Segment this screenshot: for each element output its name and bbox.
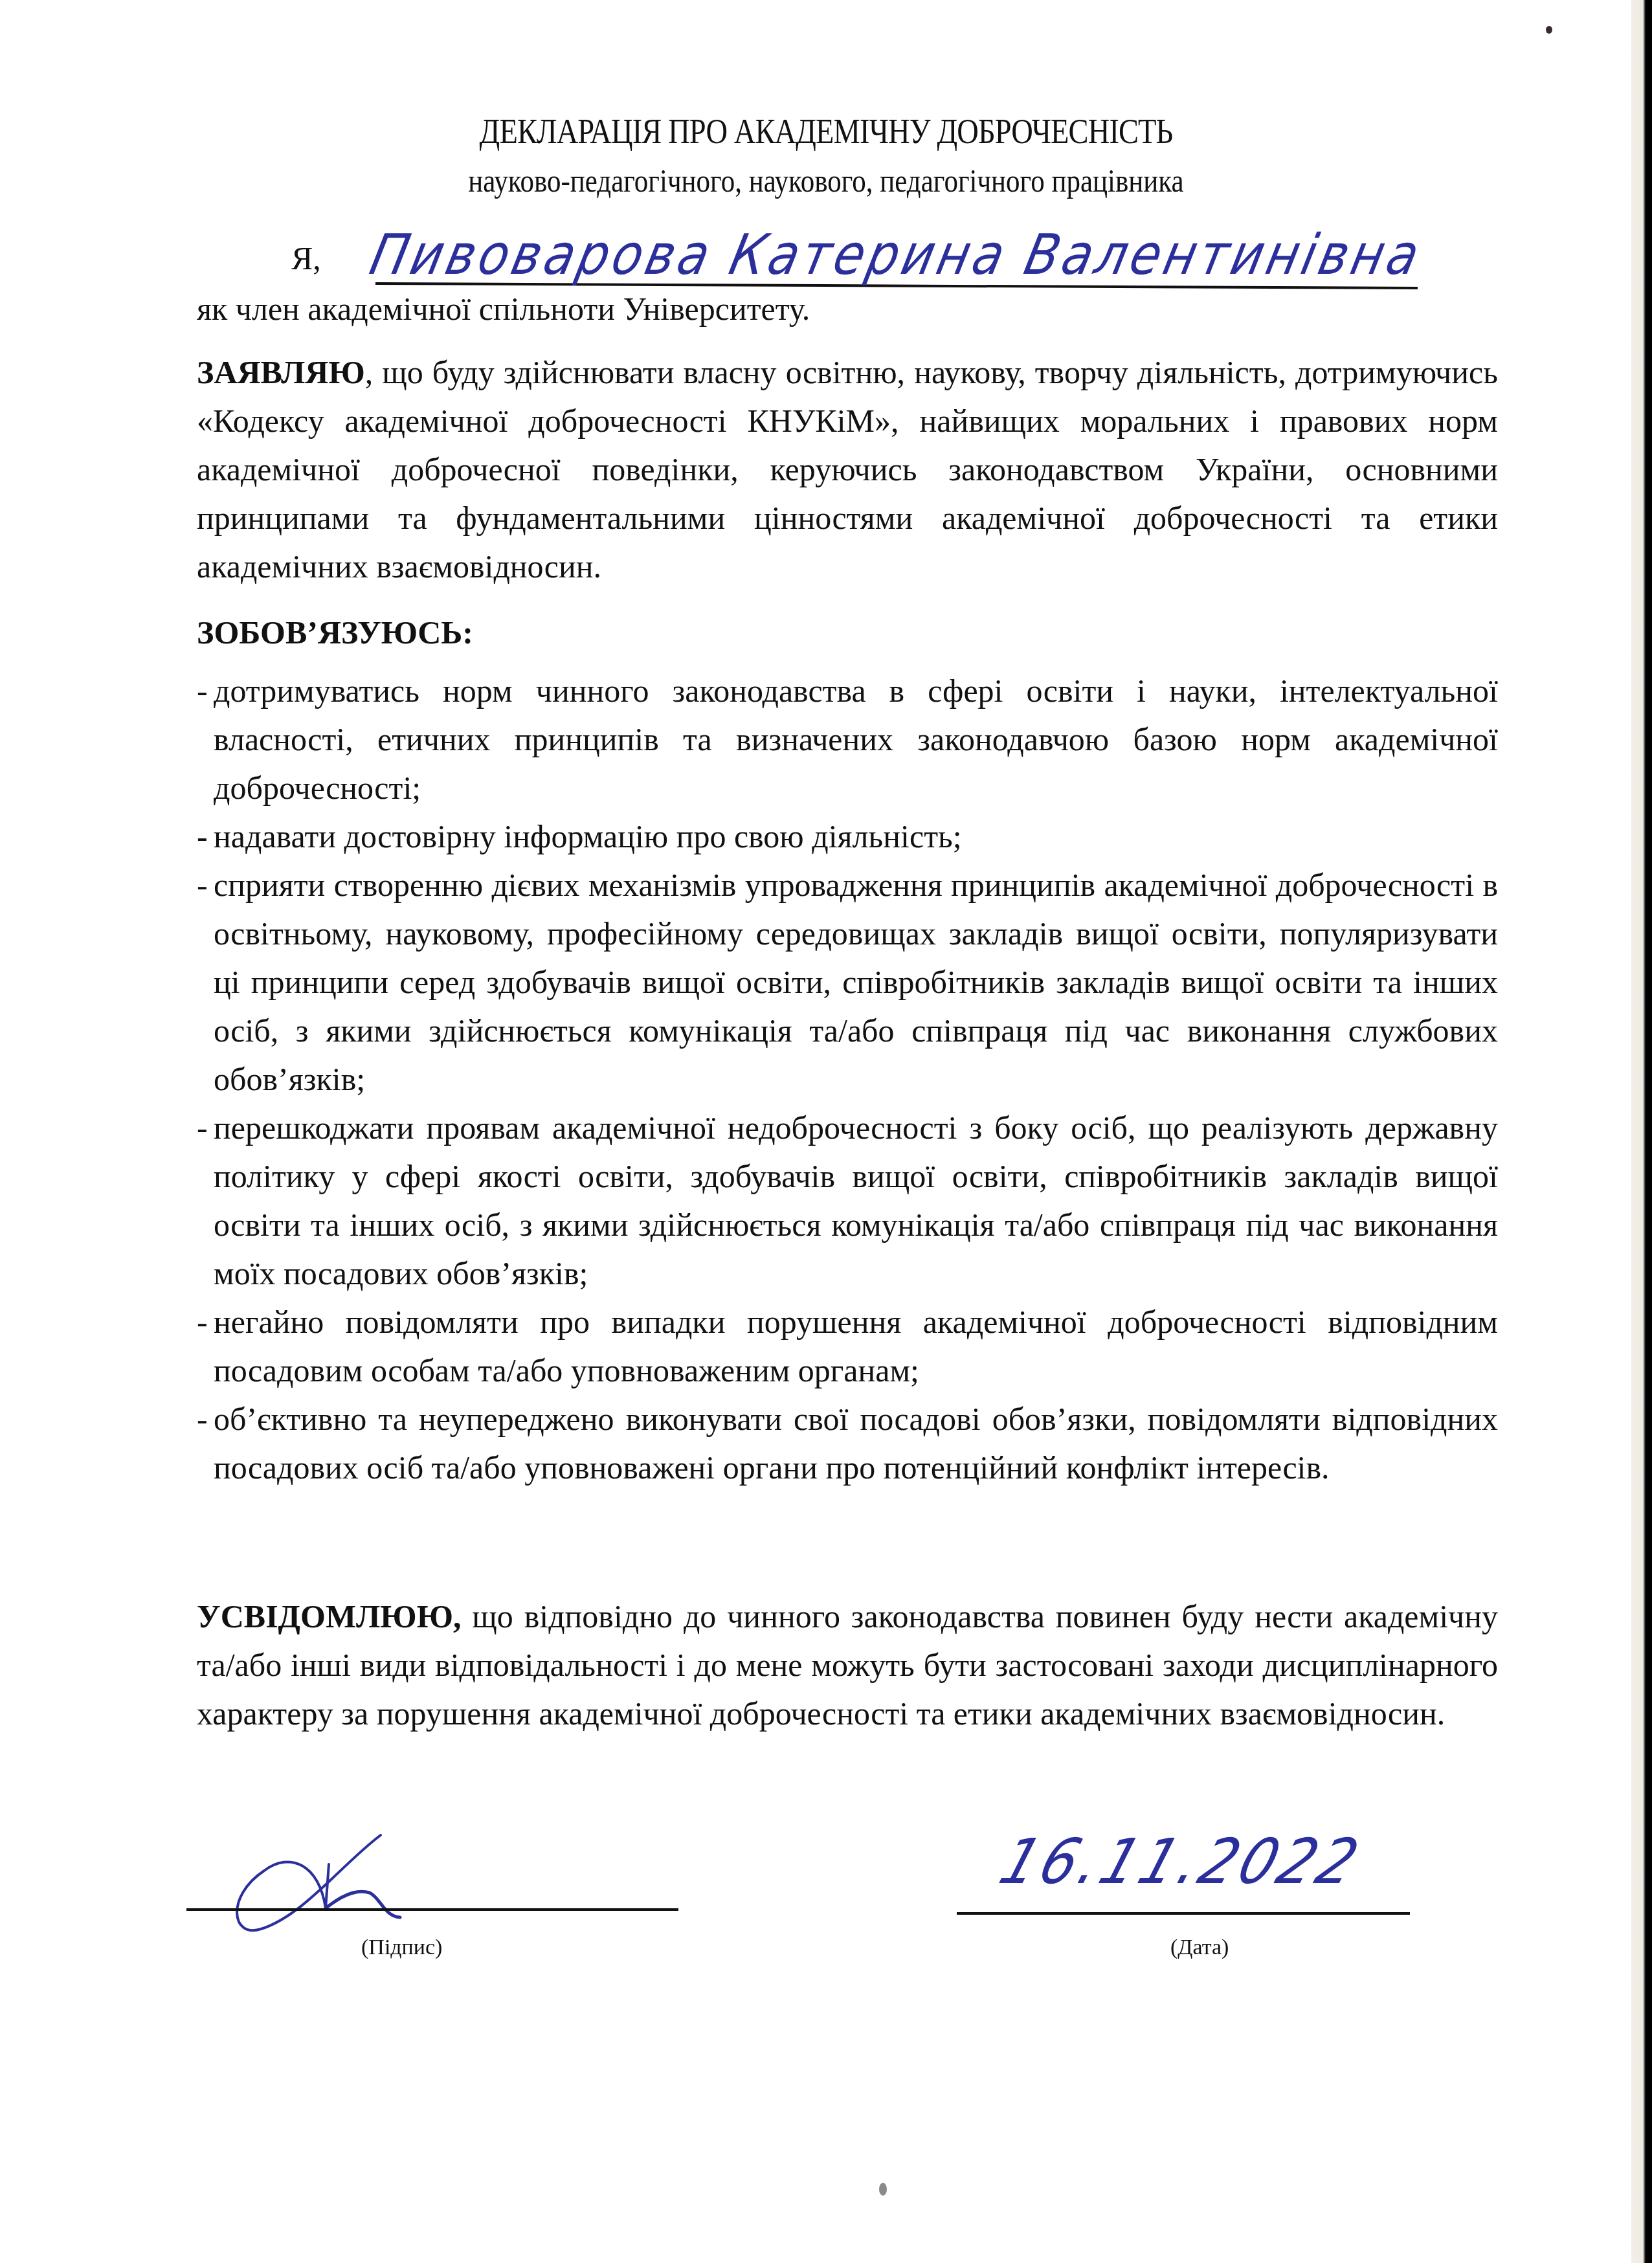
date-caption: (Дата) [1170, 1935, 1229, 1960]
scan-speck [1546, 26, 1552, 34]
bullet-dash: - [197, 667, 208, 715]
aware-keyword: УСВІДОМЛЮЮ, [197, 1598, 461, 1634]
scan-speck [879, 2183, 887, 2196]
declare-paragraph: ЗАЯВЛЯЮ, що буду здійснювати власну осві… [197, 348, 1498, 591]
declare-text: , що буду здійснювати власну освітню, на… [197, 354, 1498, 585]
commitment-text: сприяти створенню дієвих механізмів упро… [214, 867, 1498, 1097]
bullet-dash: - [197, 1298, 208, 1346]
commitment-text: перешкоджати проявам академічної недобро… [214, 1109, 1498, 1291]
scan-edge-border [1631, 0, 1652, 2263]
declarant-name-field: Я, Пивоварова Катерина Валентинівна [291, 228, 1521, 286]
commitment-item: - сприяти створенню дієвих механізмів уп… [197, 861, 1498, 1104]
document-page: ДЕКЛАРАЦІЯ ПРО АКАДЕМІЧНУ ДОБРОЧЕСНІСТЬ … [0, 0, 1631, 2263]
commitment-item: - надавати достовірну інформацію про сво… [197, 812, 1498, 861]
signature-line [186, 1908, 678, 1911]
commitment-text: дотримуватись норм чинного законодавства… [214, 673, 1498, 806]
commitment-text: надавати достовірну інформацію про свою … [214, 818, 962, 854]
handwritten-signature-icon [186, 1825, 678, 1942]
commit-heading: ЗОБОВ’ЯЗУЮСЬ: [197, 614, 473, 651]
membership-statement: як член академічної спільноти Університе… [197, 285, 1498, 333]
commitment-text: об’єктивно та неупереджено виконувати св… [214, 1401, 1498, 1486]
name-prefix: Я, [291, 240, 321, 277]
handwritten-name: Пивоварова Катерина Валентинівна [364, 223, 1428, 287]
signature-block: (Підпис) [186, 1825, 678, 1974]
handwritten-date: 16.11.2022 [992, 1825, 1370, 1898]
signature-caption: (Підпис) [361, 1935, 442, 1960]
date-line [957, 1912, 1410, 1915]
commitment-item: - дотримуватись норм чинного законодавст… [197, 667, 1498, 812]
commitment-item: - негайно повідомляти про випадки поруше… [197, 1298, 1498, 1395]
bullet-dash: - [197, 812, 208, 861]
commitments-list: - дотримуватись норм чинного законодавст… [197, 667, 1498, 1492]
document-subtitle: науково-педагогічного, наукового, педаго… [116, 162, 1537, 199]
bullet-dash: - [197, 861, 208, 909]
commitment-text: негайно повідомляти про випадки порушенн… [214, 1304, 1498, 1388]
aware-paragraph: УСВІДОМЛЮЮ, що відповідно до чинного зак… [197, 1592, 1498, 1738]
commitment-item: - перешкоджати проявам академічної недоб… [197, 1104, 1498, 1298]
bullet-dash: - [197, 1104, 208, 1152]
commitment-item: - об’єктивно та неупереджено виконувати … [197, 1395, 1498, 1492]
declare-keyword: ЗАЯВЛЯЮ [197, 354, 365, 390]
bullet-dash: - [197, 1395, 208, 1444]
document-title: ДЕКЛАРАЦІЯ ПРО АКАДЕМІЧНУ ДОБРОЧЕСНІСТЬ [116, 111, 1537, 151]
date-block: 16.11.2022 (Дата) [957, 1825, 1416, 1974]
